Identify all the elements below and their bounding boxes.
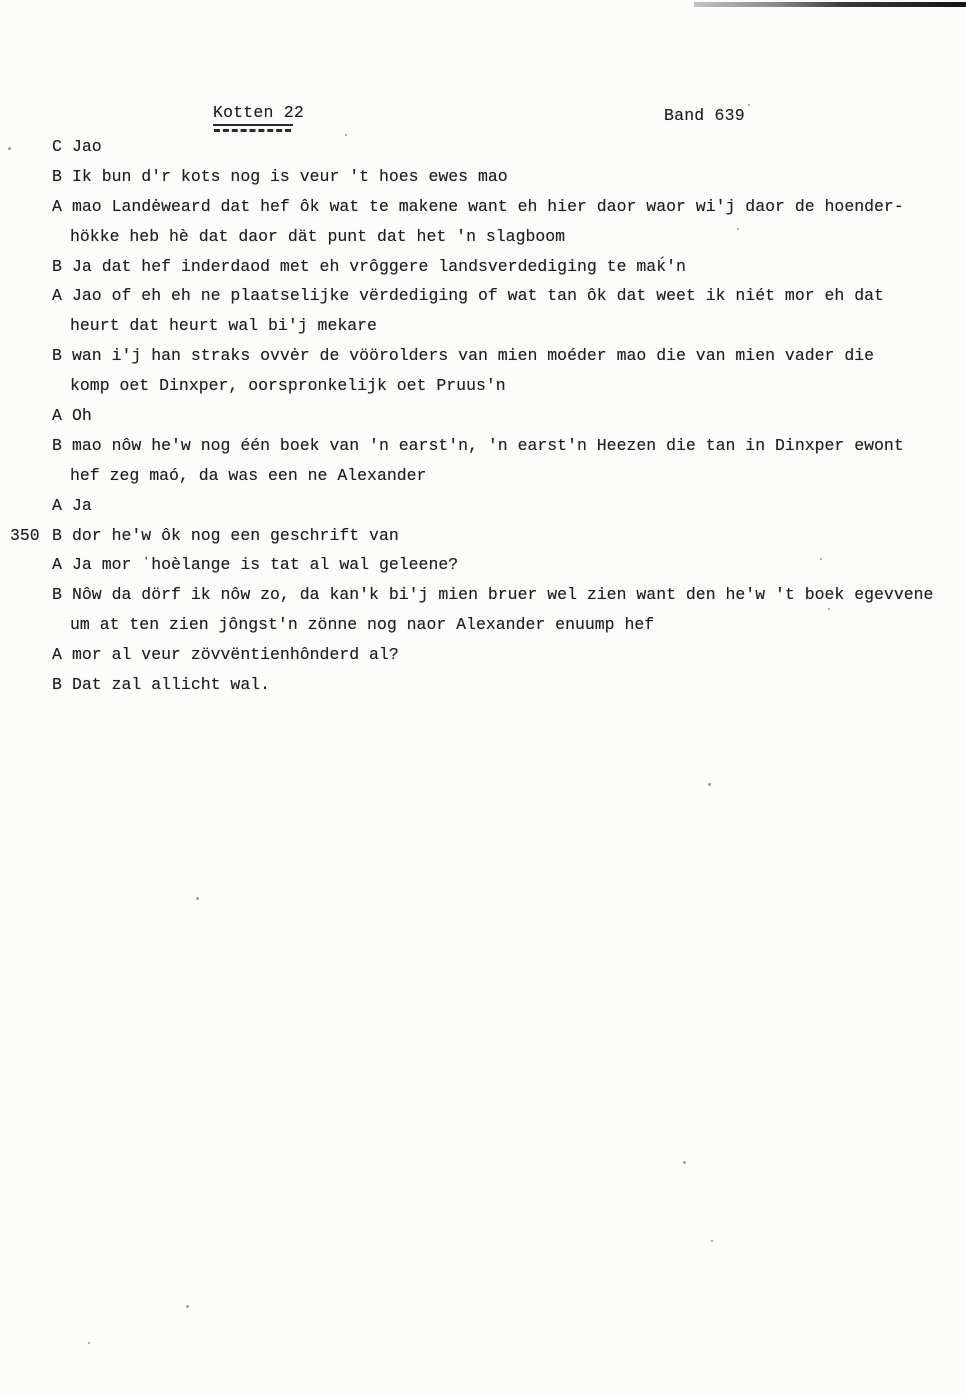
dialogue-line: AJao of eh eh ne plaatselijke vërdedigin… — [0, 282, 966, 312]
scan-speck — [196, 897, 199, 900]
scan-speck — [828, 608, 830, 610]
dialogue-line: hökke heb hè dat daor dät punt dat het '… — [0, 223, 966, 253]
speaker-label: A — [52, 197, 62, 216]
dialogue-line: Amor al veur zövvëntienhônderd al? — [0, 641, 966, 671]
speaker-label: A — [52, 645, 62, 664]
scan-speck — [708, 783, 711, 786]
dialogue-text: hef zeg maó, da was een ne Alexander — [70, 466, 426, 485]
dialogue-line: hef zeg maó, da was een ne Alexander — [0, 462, 966, 492]
dialogue-line: AJa mor ˈhoèlange is tat al wal geleene? — [0, 551, 966, 581]
line-number: 350 — [10, 526, 40, 545]
speaker-label: A — [52, 555, 62, 574]
title-dashed-underline — [214, 129, 291, 132]
band-label: Band 639 — [664, 106, 745, 125]
scan-speck — [88, 1342, 90, 1344]
dialogue-text: hökke heb hè dat daor dät punt dat het '… — [70, 227, 565, 246]
dialogue-line: BDat zal allicht wal. — [0, 671, 966, 701]
scan-speck — [711, 1240, 713, 1242]
dialogue-line: Amao Landėweard dat hef ôk wat te makene… — [0, 193, 966, 223]
speaker-label: B — [52, 346, 62, 365]
dialogue-text: Ja dat hef inderdaod met eh vrôggere lan… — [72, 257, 686, 276]
title-solid-underline — [213, 124, 293, 126]
dialogue-line: Bwan i'j han straks ovvėr de vöörolders … — [0, 342, 966, 372]
speaker-label: B — [52, 167, 62, 186]
document-page: Kotten 22 Band 639 CJaoBIk bun d'r kots … — [0, 0, 966, 1394]
dialogue-text: Jao — [72, 137, 102, 156]
dialogue-line: AOh — [0, 402, 966, 432]
dialogue-text: dor he'w ôk nog een geschrift van — [72, 526, 399, 545]
scan-speck — [683, 1161, 686, 1164]
speaker-label: B — [52, 585, 62, 604]
dialogue-line: BNôw da dörf ik nôw zo, da kan'k bi'j mi… — [0, 581, 966, 611]
dialogue-text: wan i'j han straks ovvėr de vöörolders v… — [72, 346, 874, 365]
speaker-label: A — [52, 496, 62, 515]
dialogue-line: AJa — [0, 492, 966, 522]
scan-speck — [820, 558, 822, 560]
scan-speck — [748, 104, 750, 106]
dialogue-text: Ja mor ˈhoèlange is tat al wal geleene? — [72, 555, 458, 574]
dialogue-text: mor al veur zövvëntienhônderd al? — [72, 645, 399, 664]
dialogue-line: heurt dat heurt wal bi'j mekare — [0, 312, 966, 342]
dialogue-line: komp oet Dinxper, oorspronkelijk oet Pru… — [0, 372, 966, 402]
dialogue-text: Ja — [72, 496, 92, 515]
scan-speck — [186, 1305, 189, 1308]
dialogue-line: BJa dat hef inderdaod met eh vrôggere la… — [0, 253, 966, 283]
scan-speck — [8, 147, 11, 150]
scan-artifact-line — [694, 2, 966, 7]
scan-speck — [737, 228, 739, 230]
dialogue-text: mao nôw he'w nog één boek van 'n earst'n… — [72, 436, 904, 455]
speaker-label: C — [52, 137, 62, 156]
dialogue-transcript: CJaoBIk bun d'r kots nog is veur 't hoes… — [0, 133, 966, 701]
dialogue-line: CJao — [0, 133, 966, 163]
speaker-label: B — [52, 526, 62, 545]
speaker-label: B — [52, 257, 62, 276]
dialogue-text: Ik bun d'r kots nog is veur 't hoes ewes… — [72, 167, 508, 186]
dialogue-text: Dat zal allicht wal. — [72, 675, 270, 694]
speaker-label: A — [52, 286, 62, 305]
document-title: Kotten 22 — [213, 103, 304, 122]
dialogue-text: um at ten zien jôngst'n zönne nog naor A… — [70, 615, 654, 634]
scan-speck — [345, 134, 347, 136]
dialogue-line: 350Bdor he'w ôk nog een geschrift van — [0, 522, 966, 552]
title-text: Kotten 22 — [213, 103, 304, 122]
dialogue-text: mao Landėweard dat hef ôk wat te makene … — [72, 197, 904, 216]
speaker-label: A — [52, 406, 62, 425]
dialogue-text: Oh — [72, 406, 92, 425]
dialogue-line: Bmao nôw he'w nog één boek van 'n earst'… — [0, 432, 966, 462]
speaker-label: B — [52, 436, 62, 455]
speaker-label: B — [52, 675, 62, 694]
dialogue-text: komp oet Dinxper, oorspronkelijk oet Pru… — [70, 376, 506, 395]
dialogue-line: BIk bun d'r kots nog is veur 't hoes ewe… — [0, 163, 966, 193]
dialogue-line: um at ten zien jôngst'n zönne nog naor A… — [0, 611, 966, 641]
dialogue-text: Nôw da dörf ik nôw zo, da kan'k bi'j mie… — [72, 585, 933, 604]
dialogue-text: heurt dat heurt wal bi'j mekare — [70, 316, 377, 335]
dialogue-text: Jao of eh eh ne plaatselijke vërdediging… — [72, 286, 884, 305]
